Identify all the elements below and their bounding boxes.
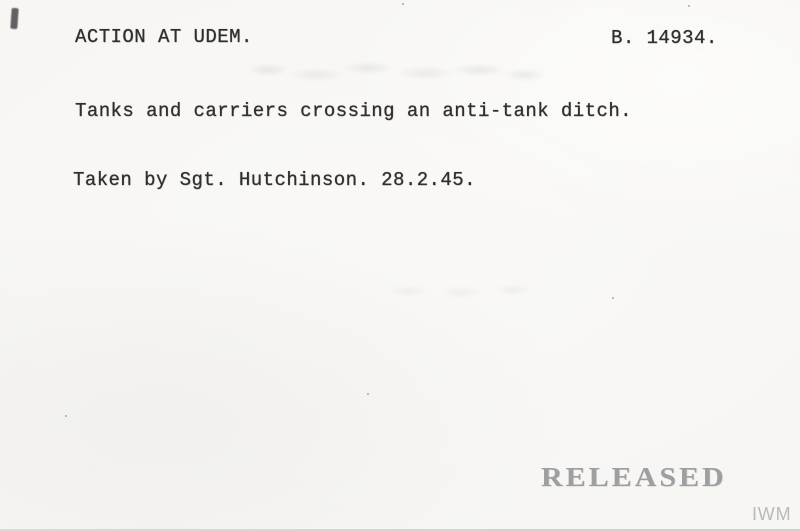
scan-artifact-mark [10, 8, 18, 29]
paper-speck [367, 393, 369, 395]
iwm-watermark: IWM [752, 504, 791, 525]
card-title: ACTION AT UDEM. [75, 26, 253, 48]
photo-reference-number: B. 14934. [611, 27, 718, 49]
bleedthrough-smudge-top [244, 55, 546, 88]
paper-speck [65, 415, 67, 417]
paper-speck [402, 3, 404, 5]
photo-caption: Tanks and carriers crossing an anti-tank… [75, 100, 632, 122]
photographer-credit: Taken by Sgt. Hutchinson. 28.2.45. [73, 169, 476, 191]
bleedthrough-smudge-middle [386, 278, 536, 304]
paper-speck [612, 297, 614, 299]
caption-card-scan: ACTION AT UDEM. B. 14934. Tanks and carr… [0, 0, 800, 531]
released-stamp: RELEASED [541, 462, 727, 493]
paper-speck [688, 5, 690, 7]
